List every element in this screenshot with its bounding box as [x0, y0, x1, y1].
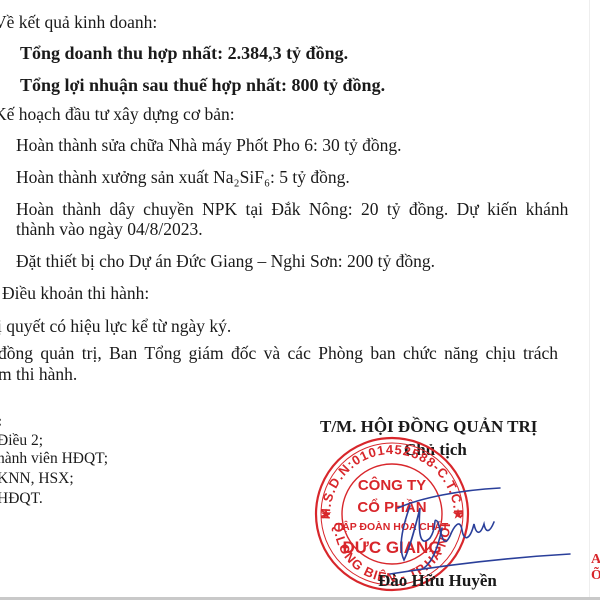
section-execution-heading: Điều khoản thi hành:: [2, 283, 149, 303]
page-edge: [589, 0, 590, 600]
signer-name: Đào Hữu Huyền: [378, 571, 497, 591]
adjacent-stamp-fragment: AÕ: [591, 552, 600, 584]
investment-item: Hoàn thành xưởng sản xuất Na₂SiF₆: 5 tỷ …: [16, 167, 350, 187]
total-revenue: Tổng doanh thu hợp nhất: 2.384,3 tỷ đồng…: [20, 43, 348, 63]
investment-item: Đặt thiết bị cho Dự án Đức Giang – Nghi …: [16, 251, 435, 271]
execution-line: ị quyết có hiệu lực kể từ ngày ký.: [0, 316, 231, 336]
investment-item-continued: thành vào ngày 04/8/2023.: [16, 219, 203, 239]
recipient-item: hành viên HĐQT;: [0, 450, 108, 468]
total-profit: Tổng lợi nhuận sau thuế hợp nhất: 800 tỷ…: [20, 75, 385, 95]
investment-item: Hoàn thành sửa chữa Nhà máy Phốt Pho 6: …: [16, 135, 401, 155]
svg-text:★: ★: [321, 507, 332, 521]
section-results-heading: Về kết quả kinh doanh:: [0, 12, 157, 32]
execution-line-continued: m thi hành.: [0, 364, 77, 384]
handwritten-signature: [380, 478, 580, 578]
recipient-item: HĐQT.: [0, 490, 43, 508]
recipient-item: Điều 2;: [0, 432, 43, 450]
recipients-label: :: [0, 413, 2, 431]
execution-line: đồng quản trị, Ban Tổng giám đốc và các …: [0, 343, 558, 363]
investment-item: Hoàn thành dây chuyền NPK tại Đắk Nông: …: [16, 199, 568, 219]
section-investment-heading: Kế hoạch đầu tư xây dựng cơ bản:: [0, 104, 235, 124]
recipient-item: KNN, HSX;: [0, 470, 74, 488]
